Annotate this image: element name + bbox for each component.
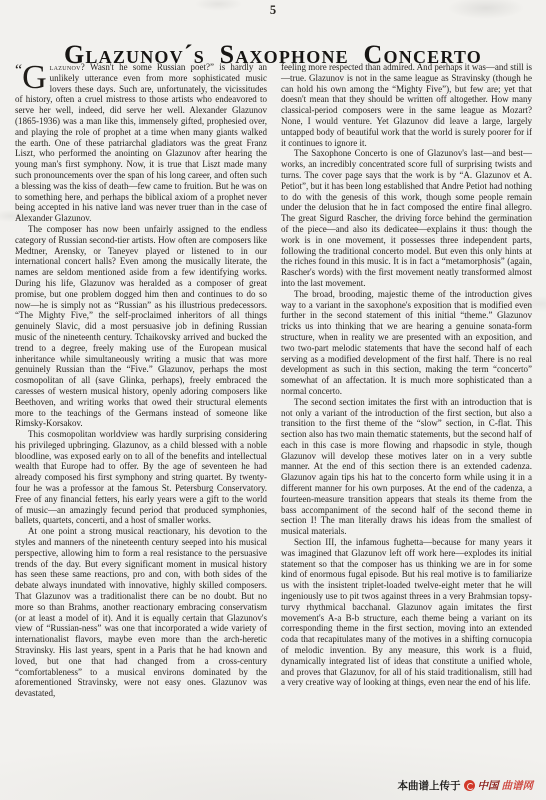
opening-quote-mark: “ <box>15 62 21 79</box>
text-column-right: feeling more respected than admired. And… <box>281 62 532 688</box>
paragraph-right-1: feeling more respected than admired. And… <box>281 62 532 148</box>
watermark: 本曲谱上传于 中国曲谱网 <box>398 778 534 793</box>
paragraph-left-1: “Glazunov? Wasn't he some Russian poet?”… <box>15 62 267 224</box>
paragraph-right-4: The second section imitates the first wi… <box>281 397 532 537</box>
paragraph-right-2: The Saxophone Concerto is one of Glazuno… <box>281 148 532 288</box>
china-score-site-logo-icon <box>464 780 475 791</box>
paragraph-right-3: The broad, brooding, majestic theme of t… <box>281 289 532 397</box>
text-column-left: “Glazunov? Wasn't he some Russian poet?”… <box>15 62 267 699</box>
paragraph-text: Wasn't he some Russian poet?” is hardly … <box>15 62 267 223</box>
scanned-document-page: 5 Glazunov´s Saxophone Concerto “Glazuno… <box>0 0 546 800</box>
watermark-site-name-bold: 中国 <box>478 778 499 793</box>
watermark-prefix-text: 本曲谱上传于 <box>398 778 461 793</box>
watermark-site-name-light: 曲谱网 <box>502 778 534 793</box>
drop-cap: “G <box>15 63 47 93</box>
lead-in-small-caps: lazunov? <box>50 62 85 72</box>
page-number: 5 <box>0 3 546 18</box>
drop-cap-letter: G <box>22 59 47 96</box>
paragraph-left-3: This cosmopolitan worldview was hardly s… <box>15 429 267 526</box>
paragraph-right-5: Section III, the infamous fughetta—becau… <box>281 537 532 688</box>
paragraph-left-4: At one point a strong musical reactionar… <box>15 526 267 699</box>
paragraph-left-2: The composer has now been unfairly assig… <box>15 224 267 429</box>
